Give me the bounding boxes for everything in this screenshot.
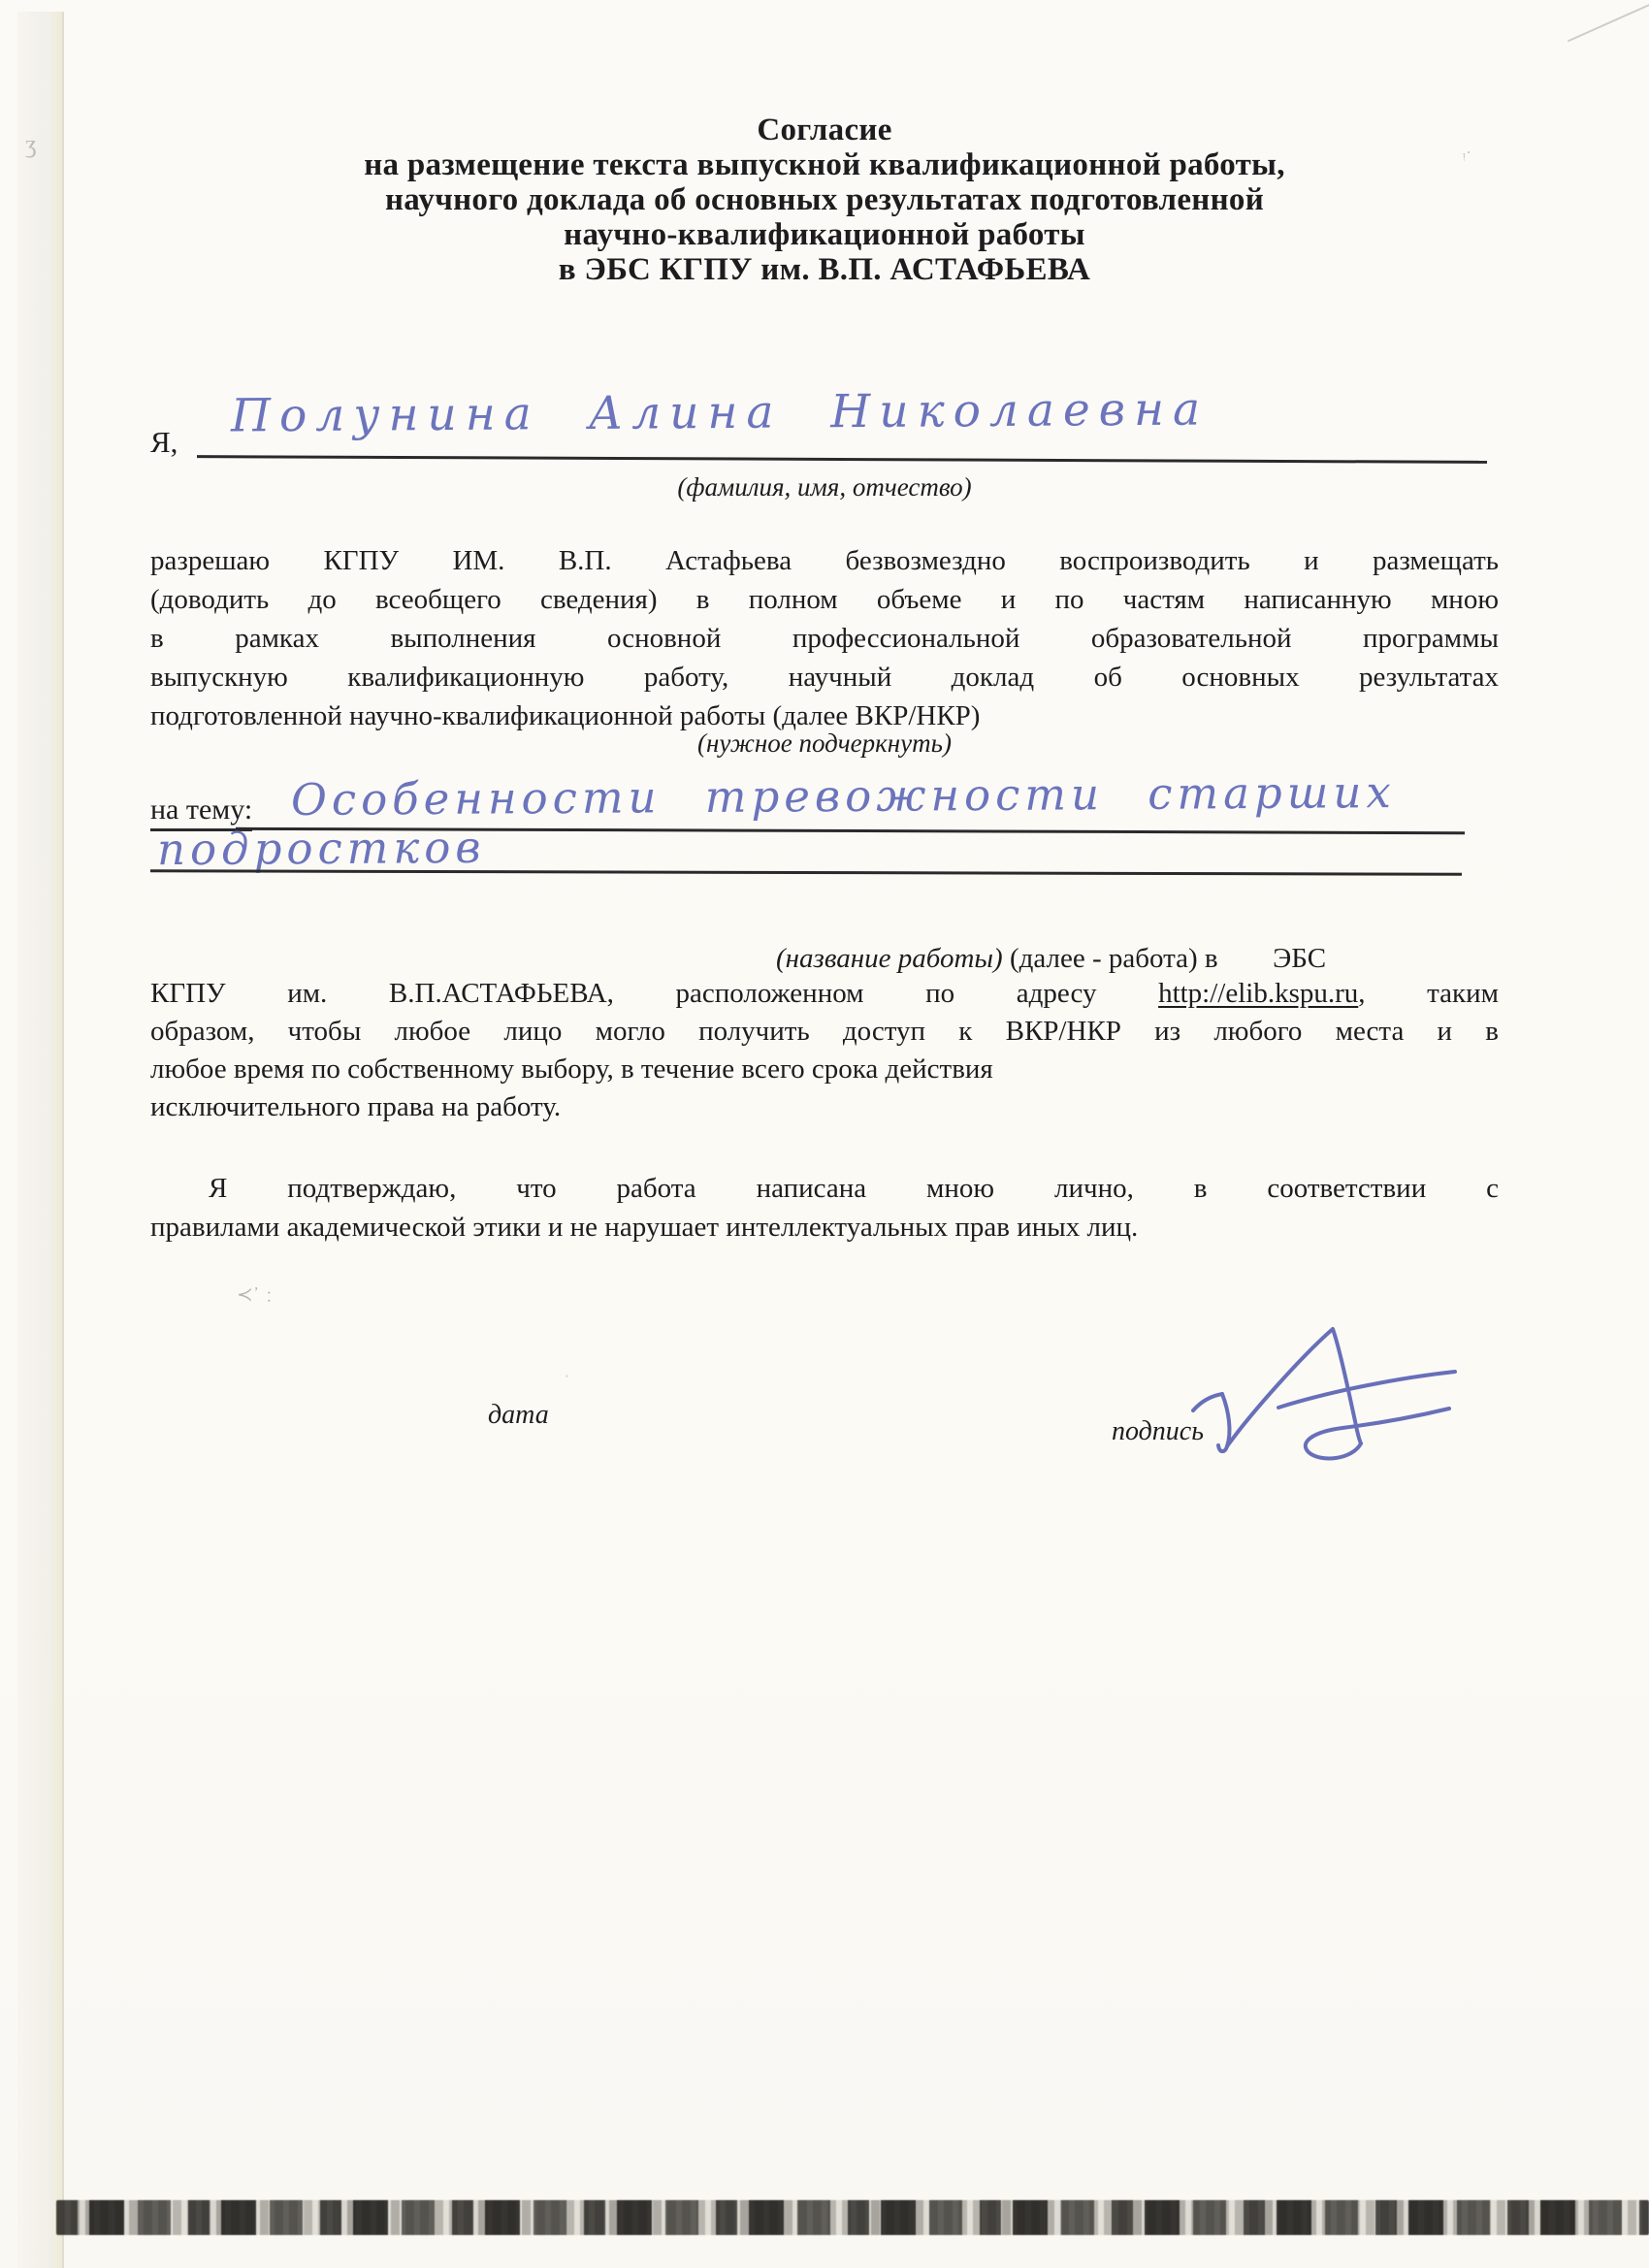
underline-instruction: (нужное подчеркнуть) bbox=[150, 729, 1499, 759]
address-paragraph-line-3: любое время по собственному выбору, в те… bbox=[150, 1050, 1499, 1088]
scan-dot: ᾽ bbox=[565, 1374, 569, 1389]
topic-underline-2 bbox=[150, 869, 1462, 876]
title-line-3: научного доклада об основных результатах… bbox=[150, 182, 1499, 217]
scan-edge-strip bbox=[17, 12, 64, 2268]
title-line-4: научно-квалификационной работы bbox=[150, 217, 1499, 252]
work-caption-rest: (далее - работа) в bbox=[1010, 943, 1218, 974]
address-paragraph-line-1: КГПУ им. В.П.АСТАФЬЕВА, расположенном по… bbox=[150, 974, 1499, 1013]
handwritten-name: Полунина Алина Николаевна bbox=[231, 382, 1209, 442]
consent-paragraph-line-2: (доводить до всеобщего сведения) в полно… bbox=[150, 580, 1499, 619]
consent-paragraph-line-4: выпускную квалификационную работу, научн… bbox=[150, 658, 1499, 697]
title-line-2: на размещение текста выпускной квалифика… bbox=[150, 147, 1499, 182]
fio-underline bbox=[197, 455, 1487, 464]
work-title-caption: (название работы) (далее - работа) в ЭБС bbox=[776, 943, 1326, 975]
address-paragraph-line-4: исключительного права на работу. bbox=[150, 1087, 1499, 1126]
scanned-consent-page: ʒ ᵎ˙ ≺᾽﹕ ᾽ Согласие на размещение текста… bbox=[0, 0, 1649, 2268]
document-title: Согласие на размещение текста выпускной … bbox=[150, 113, 1499, 287]
confirmation-paragraph-line-2: правилами академической этики и не наруш… bbox=[150, 1208, 1499, 1247]
address-text-post: , таким bbox=[1358, 978, 1499, 1009]
handwritten-signature bbox=[1185, 1317, 1467, 1473]
handwritten-topic-line-2: подростков bbox=[157, 822, 486, 875]
consent-paragraph-line-1: разрешаю КГПУ ИМ. В.П. Астафьева безвозм… bbox=[150, 541, 1499, 580]
confirmation-paragraph-line-1: Я подтверждаю, что работа написана мною … bbox=[150, 1169, 1499, 1208]
work-caption-ebs: ЭБС bbox=[1273, 943, 1326, 974]
title-line-5: в ЭБС КГПУ им. В.П. АСТАФЬЕВА bbox=[150, 252, 1499, 287]
handwritten-topic-line-1: Особенности тревожности старших bbox=[291, 766, 1396, 826]
fio-caption: (фамилия, имя, отчество) bbox=[150, 472, 1499, 502]
date-label: дата bbox=[488, 1400, 549, 1431]
scan-pencil-mark: ≺᾽﹕ bbox=[237, 1279, 278, 1307]
scan-scratch-mark bbox=[1568, 3, 1649, 43]
scan-noise-band bbox=[56, 2200, 1649, 2235]
title-line-1: Согласие bbox=[150, 113, 1499, 147]
address-text-pre: КГПУ им. В.П.АСТАФЬЕВА, расположенном по… bbox=[150, 978, 1158, 1009]
work-caption-italic: (название работы) bbox=[776, 943, 1003, 974]
address-paragraph-line-2: образом, чтобы любое лицо могло получить… bbox=[150, 1012, 1499, 1051]
i-label: Я, bbox=[150, 425, 178, 460]
elib-url: http://elib.kspu.ru bbox=[1158, 978, 1358, 1009]
scan-smudge-left: ʒ bbox=[25, 130, 37, 159]
consent-paragraph-line-3: в рамках выполнения основной профессиона… bbox=[150, 619, 1499, 658]
